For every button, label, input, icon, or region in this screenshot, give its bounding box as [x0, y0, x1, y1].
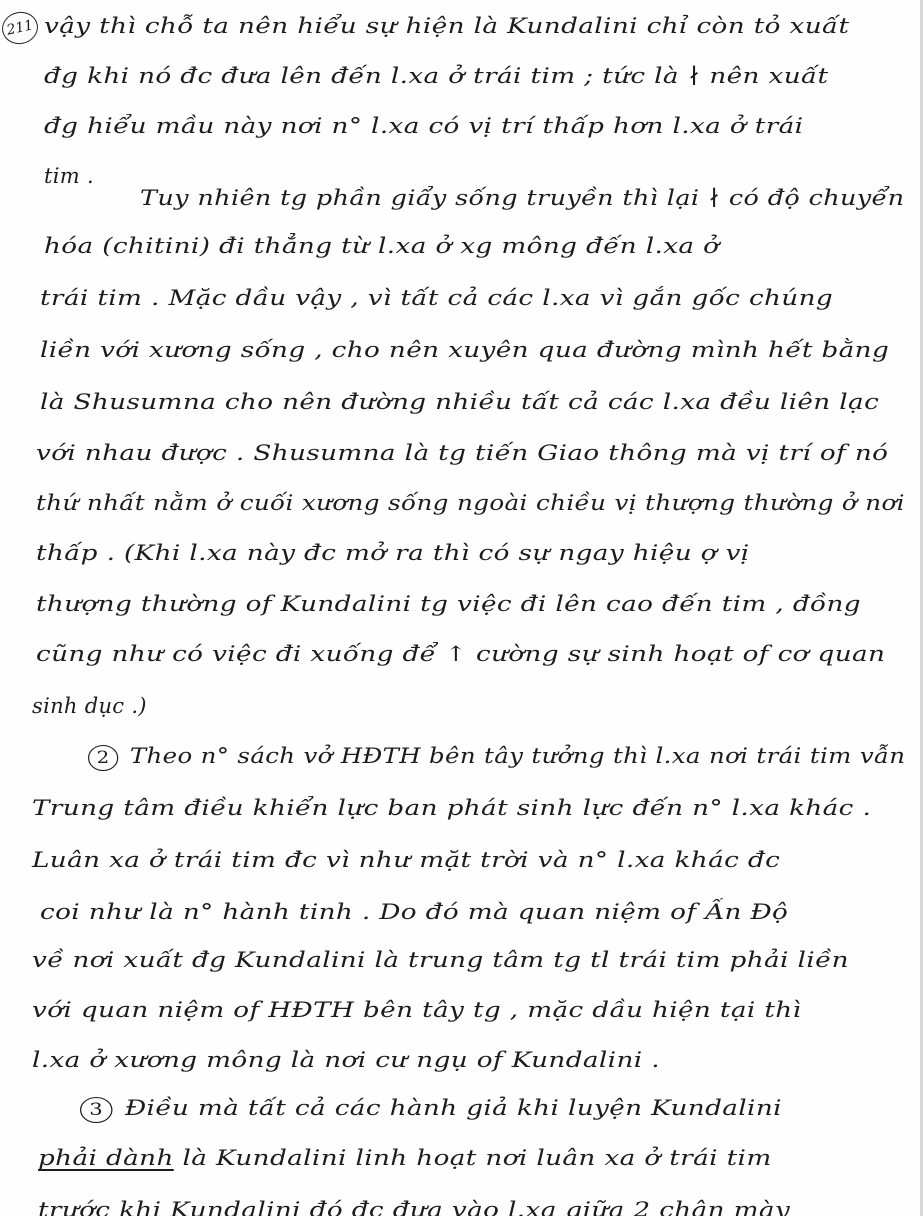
handwritten-line: trước khi Kundalini đó đc đưa vào l.xa g… — [38, 1198, 790, 1216]
line-text: liền với xương sống , cho nên xuyên qua … — [40, 338, 889, 362]
handwritten-line: trái tim . Mặc dầu vậy , vì tất cả các l… — [40, 286, 833, 310]
line-text: trái tim . Mặc dầu vậy , vì tất cả các l… — [40, 286, 833, 310]
circled-item-number: 3 — [80, 1097, 113, 1123]
handwritten-line: coi như là n° hành tinh . Do đó mà quan … — [40, 900, 788, 924]
line-text: cũng như có việc đi xuống để ↑ cường sự … — [36, 642, 885, 666]
line-text: sinh dục .) — [32, 694, 147, 718]
handwritten-line: tim . — [44, 164, 94, 188]
line-text: trước khi Kundalini đó đc đưa vào l.xa g… — [38, 1198, 790, 1216]
handwritten-line: đg khi nó đc đưa lên đến l.xa ở trái tim… — [44, 64, 828, 88]
handwritten-line: cũng như có việc đi xuống để ↑ cường sự … — [36, 642, 885, 666]
handwritten-line: thứ nhất nằm ở cuối xương sống ngoài chi… — [36, 491, 905, 515]
line-text: với nhau được . Shusumna là tg tiến Giao… — [36, 441, 888, 465]
line-text: Tuy nhiên tg phần giẩy sống truyền thì l… — [140, 186, 904, 210]
handwritten-line: hóa (chitini) đi thẳng từ l.xa ở xg mông… — [44, 234, 719, 258]
line-text: đg khi nó đc đưa lên đến l.xa ở trái tim… — [44, 64, 828, 88]
line-text: vậy thì chỗ ta nên hiểu sự hiện là Kunda… — [44, 14, 849, 38]
line-text: hóa (chitini) đi thẳng từ l.xa ở xg mông… — [44, 234, 719, 258]
handwritten-line: Luân xa ở trái tim đc vì như mặt trời và… — [32, 848, 780, 872]
handwritten-line: liền với xương sống , cho nên xuyên qua … — [40, 338, 889, 362]
line-text: Điều mà tất cả các hành giả khi luyện Ku… — [125, 1096, 782, 1120]
line-text: đg hiểu mầu này nơi n° l.xa có vị trí th… — [44, 114, 803, 138]
line-text: là Kundalini linh hoạt nơi luân xa ở trá… — [174, 1146, 772, 1170]
line-text: thứ nhất nằm ở cuối xương sống ngoài chi… — [36, 491, 905, 515]
handwritten-line: thượng thường of Kundalini tg việc đi lê… — [36, 592, 861, 616]
line-text: coi như là n° hành tinh . Do đó mà quan … — [40, 900, 788, 924]
page-number: 211 — [0, 9, 41, 48]
line-text: về nơi xuất đg Kundalini là trung tâm tg… — [32, 948, 849, 972]
circled-item-number: 2 — [88, 745, 118, 771]
line-text: với quan niệm of HĐTH bên tây tg , mặc d… — [32, 998, 801, 1022]
line-text: l.xa ở xương mông là nơi cư ngụ of Kunda… — [32, 1048, 660, 1072]
handwritten-page: 211 vậy thì chỗ ta nên hiểu sự hiện là K… — [0, 0, 923, 1216]
line-text: Trung tâm điều khiển lực ban phát sinh l… — [32, 796, 871, 820]
handwritten-line: đg hiểu mầu này nơi n° l.xa có vị trí th… — [44, 114, 803, 138]
line-text: Luân xa ở trái tim đc vì như mặt trời và… — [32, 848, 780, 872]
handwritten-line: Tuy nhiên tg phần giẩy sống truyền thì l… — [140, 186, 904, 210]
handwritten-line: với nhau được . Shusumna là tg tiến Giao… — [36, 441, 888, 465]
line-text: thấp . (Khi l.xa này đc mở ra thì có sự … — [36, 541, 750, 565]
handwritten-line: 2Theo n° sách vở HĐTH bên tây tưởng thì … — [88, 744, 905, 771]
line-text: tim . — [44, 164, 94, 188]
handwritten-line: 3Điều mà tất cả các hành giả khi luyện K… — [80, 1096, 782, 1123]
handwritten-line: sinh dục .) — [32, 694, 147, 718]
line-text: thượng thường of Kundalini tg việc đi lê… — [36, 592, 861, 616]
handwritten-line: Trung tâm điều khiển lực ban phát sinh l… — [32, 796, 871, 820]
handwritten-line: thấp . (Khi l.xa này đc mở ra thì có sự … — [36, 541, 750, 565]
handwritten-line: với quan niệm of HĐTH bên tây tg , mặc d… — [32, 998, 801, 1022]
line-text: Theo n° sách vở HĐTH bên tây tưởng thì l… — [130, 744, 905, 768]
handwritten-line: là Shusumna cho nên đường nhiều tất cả c… — [40, 390, 879, 414]
underlined-phrase: phải dành — [38, 1146, 174, 1170]
handwritten-line: vậy thì chỗ ta nên hiểu sự hiện là Kunda… — [44, 14, 849, 38]
line-text: là Shusumna cho nên đường nhiều tất cả c… — [40, 390, 879, 414]
handwritten-line: l.xa ở xương mông là nơi cư ngụ of Kunda… — [32, 1048, 660, 1072]
handwritten-line: về nơi xuất đg Kundalini là trung tâm tg… — [32, 948, 849, 972]
handwritten-line: phải dành là Kundalini linh hoạt nơi luâ… — [38, 1146, 772, 1170]
